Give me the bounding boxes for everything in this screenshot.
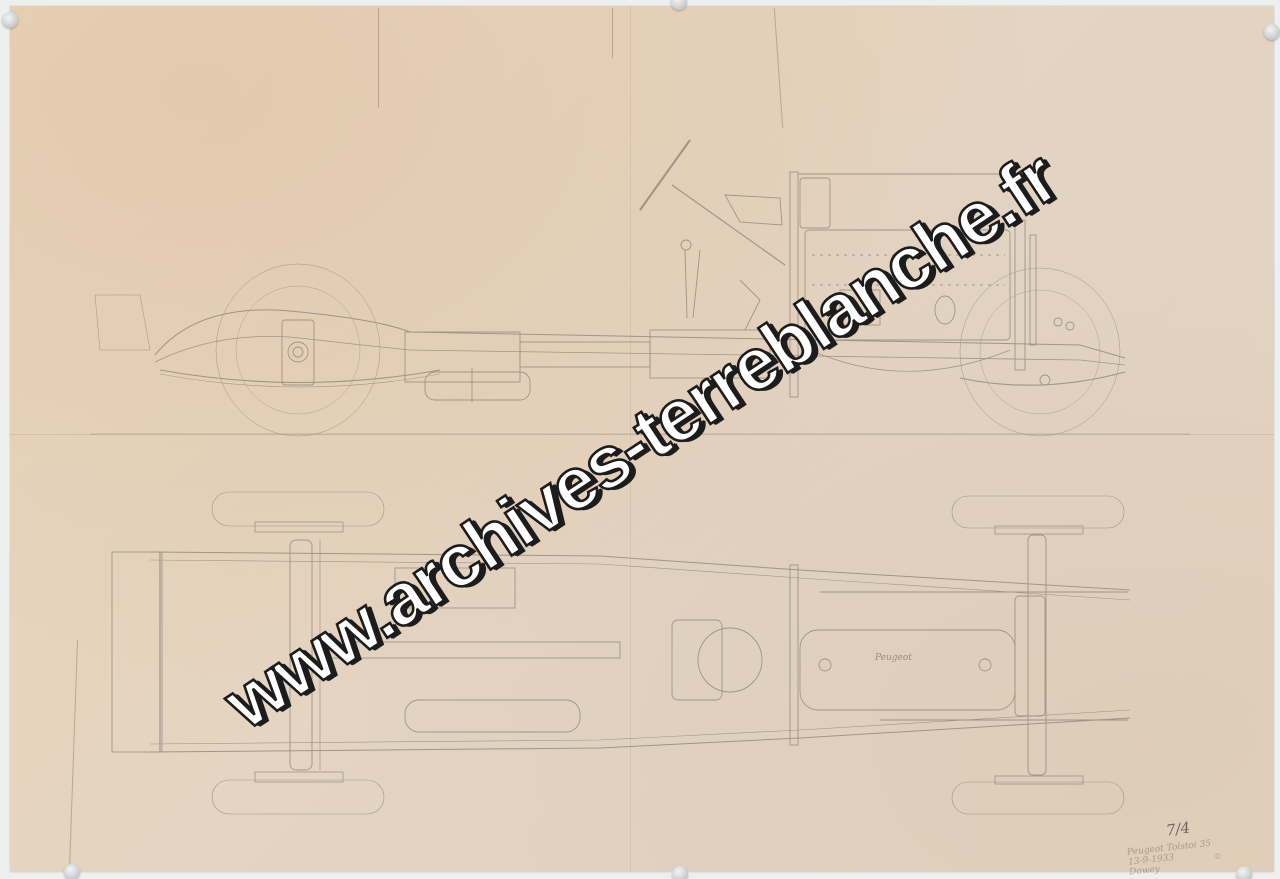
corner-mark: 0	[1215, 852, 1220, 861]
pin-bottom-mid	[672, 866, 688, 879]
pin-bottom-right	[1236, 866, 1252, 879]
sheet-number: 7/4	[1165, 818, 1191, 839]
engine-brand-label: Peugeot	[874, 653, 912, 663]
pin-bottom-left	[64, 864, 80, 879]
pin-top-right	[1264, 24, 1280, 40]
pin-top-left	[2, 12, 18, 28]
